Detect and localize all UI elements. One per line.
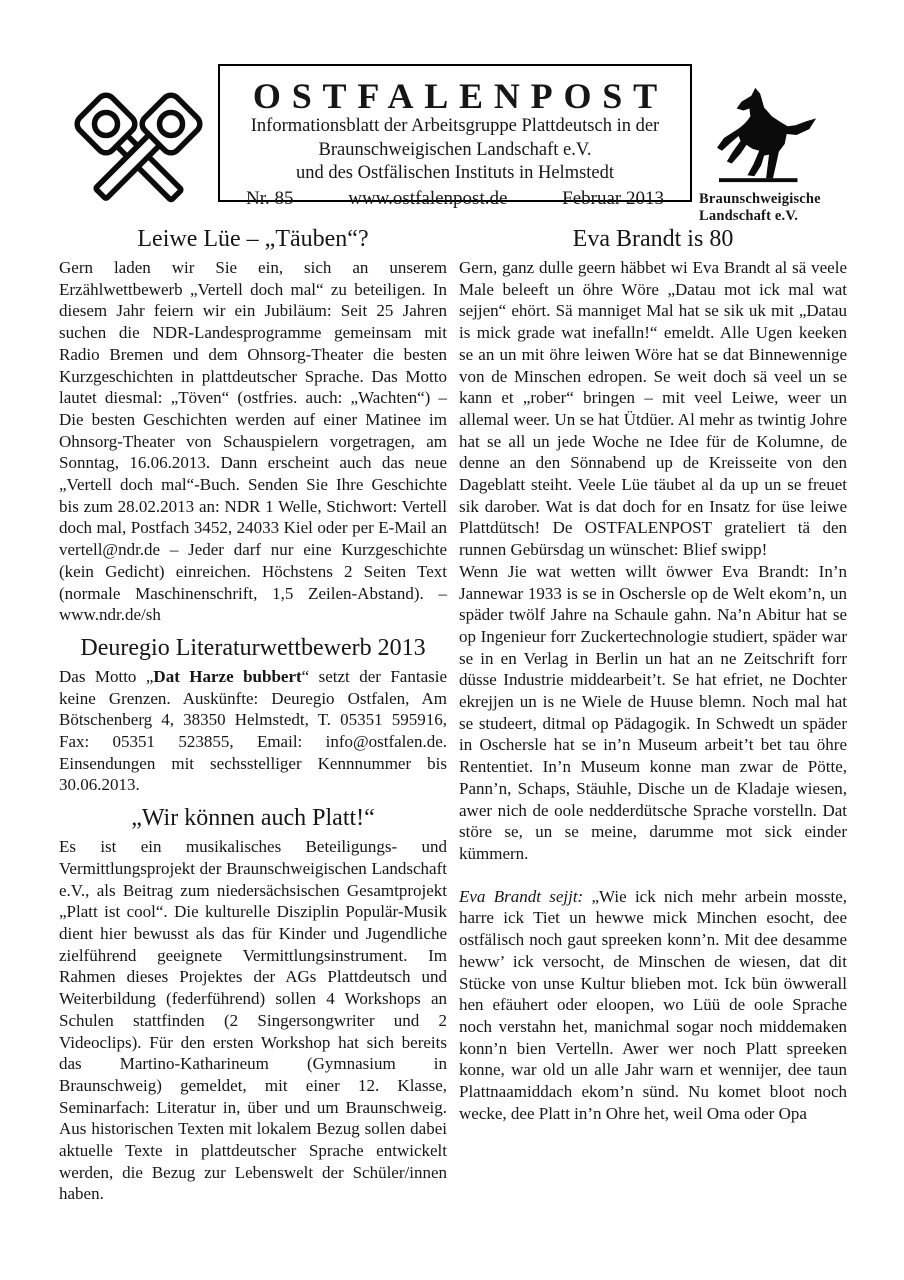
quote-attribution-italic: Eva Brandt sejjt: [459,887,583,906]
article4-paragraph2: Wenn Jie wat wetten willt öwwer Eva Bran… [459,561,847,865]
article2-motto-bold: Dat Harze bubbert [153,667,301,686]
crossed-post-emblem-icon [72,88,206,210]
article2-body-end: “ setzt der Fantasie keine Grenzen. Ausk… [59,667,447,795]
article2-body: Das Motto „Dat Harze bubbert“ setzt der … [59,666,447,796]
masthead-subtitle-line1: Informationsblatt der Arbeitsgruppe Plat… [220,115,690,139]
website-url: www.ostfalenpost.de [348,188,507,210]
braunschweigische-landschaft-logo: Braunschweigische Landschaft e.V. [699,84,849,224]
article2-heading: Deuregio Literaturwettbewerb 2013 [59,633,447,663]
ostfalenpost-emblem-icon [72,88,206,210]
article3-body: Es ist ein musikalisches Beteiligungs- u… [59,836,447,1205]
article4-quote-paragraph: Eva Brandt sejjt: „Wie ick nich mehr arb… [459,886,847,1125]
right-logo-caption-line1: Braunschweigische [699,191,849,208]
article1-body: Gern laden wir Sie ein, sich an unserem … [59,257,447,626]
article3-heading: „Wir können auch Platt!“ [59,803,447,833]
masthead-subtitle-line3: und des Ostfälischen Instituts in Helmst… [220,162,690,186]
masthead-subtitle-line2: Braunschweigischen Landschaft e.V. [220,139,690,163]
issue-date: Februar 2013 [562,188,664,210]
right-logo-caption-line2: Landschaft e.V. [699,208,849,225]
saxon-steed-horse-icon [711,84,829,188]
right-column: Eva Brandt is 80 Gern, ganz dulle geern … [459,224,847,1124]
article4-paragraph1: Gern, ganz dulle geern häbbet wi Eva Bra… [459,257,847,561]
article1-heading: Leiwe Lüe – „Täuben“? [59,224,447,254]
article2-body-start: Das Motto „ [59,667,153,686]
left-column: Leiwe Lüe – „Täuben“? Gern laden wir Sie… [59,224,447,1205]
masthead-box: OSTFALENPOST Informationsblatt der Arbei… [218,64,692,202]
newsletter-page: OSTFALENPOST Informationsblatt der Arbei… [0,0,904,1280]
newsletter-title: OSTFALENPOST [220,77,690,115]
issue-number: Nr. 85 [246,188,294,210]
quote-text: „Wie ick nich mehr arbein mosste, harre … [459,887,847,1123]
article4-heading: Eva Brandt is 80 [459,224,847,254]
masthead-meta-row: Nr. 85 www.ostfalenpost.de Februar 2013 [220,188,690,210]
